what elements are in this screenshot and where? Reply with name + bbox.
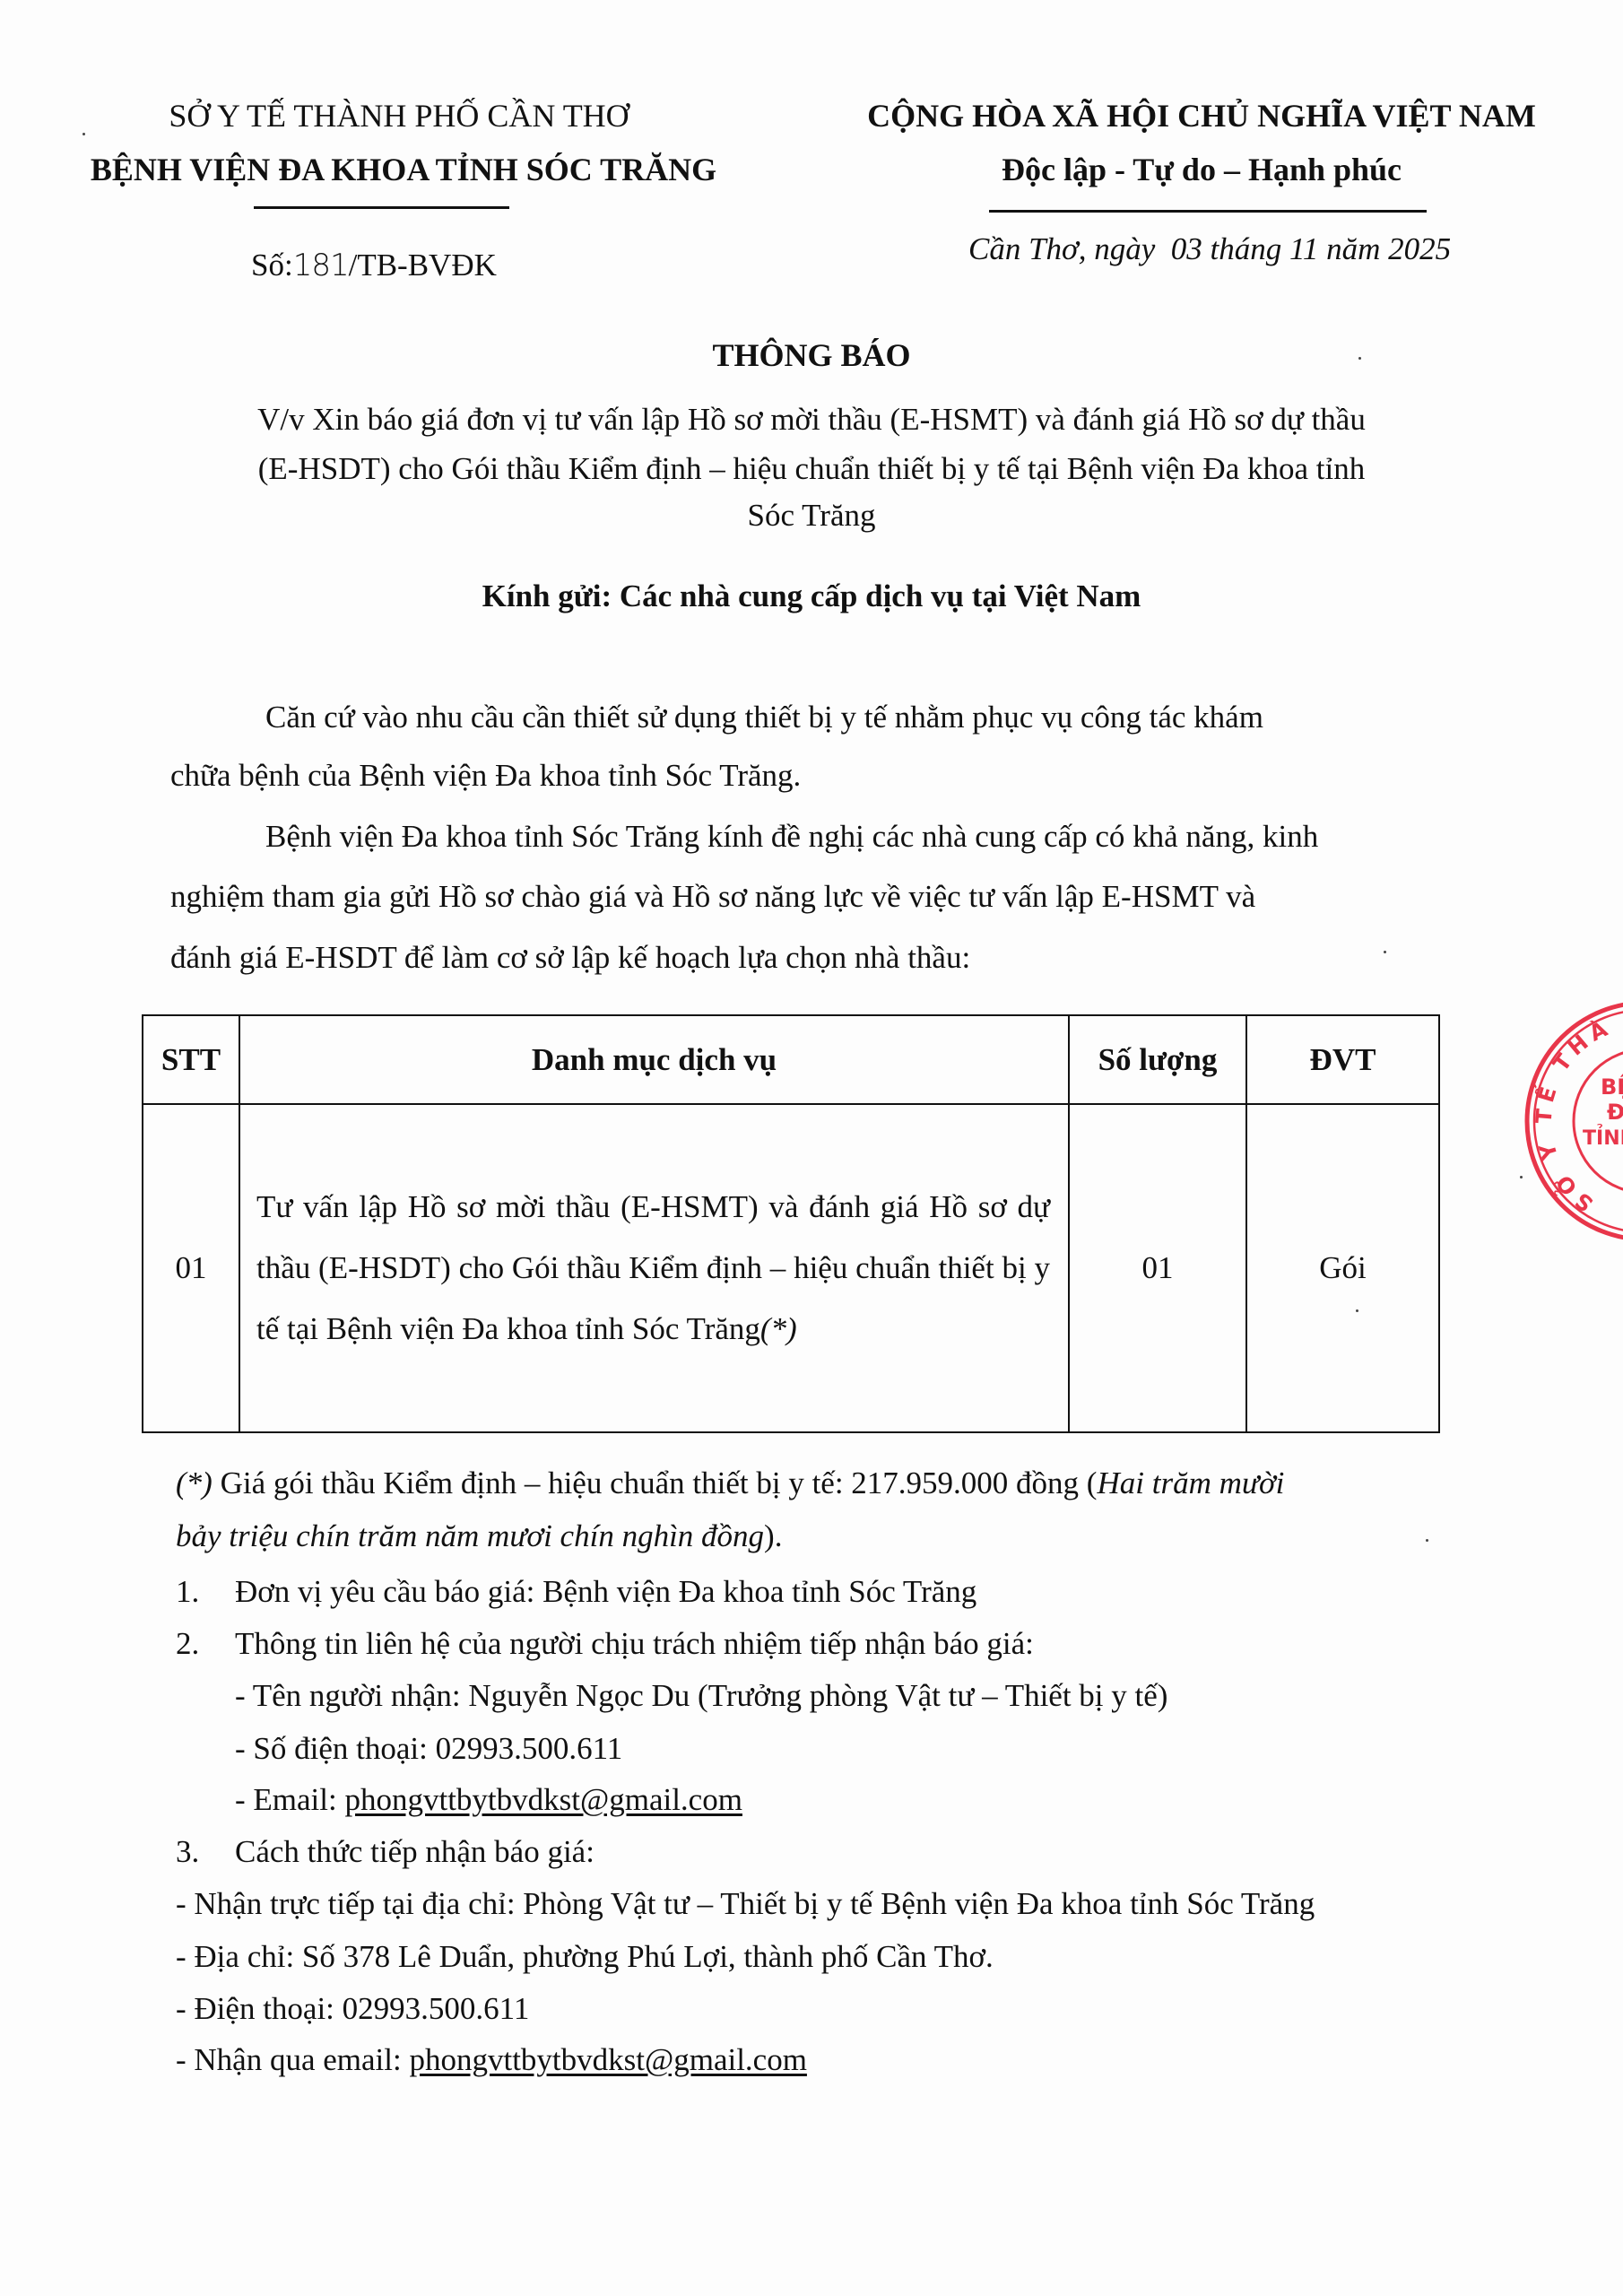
receipt-direct: - Nhận trực tiếp tại địa chỉ: Phòng Vật …	[176, 1886, 1315, 1922]
department-name: SỞ Y TẾ THÀNH PHỐ CẦN THƠ	[139, 97, 659, 135]
recipient-line: Kính gửi: Các nhà cung cấp dịch vụ tại V…	[0, 578, 1623, 614]
document-number: Số:181/TB-BVĐK	[251, 248, 497, 283]
contact-name: - Tên người nhận: Nguyễn Ngọc Du (Trưởng…	[235, 1678, 1167, 1714]
stamp-seal-icon: SỞ Y TẾ THÀ BỆ ĐA TỈNH S	[1506, 987, 1623, 1256]
email-label: - Email:	[235, 1782, 344, 1817]
subject-line: (E-HSDT) cho Gói thầu Kiểm định – hiệu c…	[152, 451, 1471, 487]
list-item: 3.Cách thức tiếp nhận báo giá:	[176, 1834, 595, 1870]
amount-words: Hai trăm mười	[1097, 1465, 1284, 1500]
cell-service: Tư vấn lập Hồ sơ mời thầu (E-HSMT) và đá…	[239, 1104, 1069, 1432]
paragraph-line: nghiệm tham gia gửi Hồ sơ chào giá và Hồ…	[170, 879, 1255, 915]
note-text: Giá gói thầu Kiểm định – hiệu chuẩn thiế…	[213, 1465, 1098, 1500]
list-item: 1.Đơn vị yêu cầu báo giá: Bệnh viện Đa k…	[176, 1574, 976, 1610]
svg-text:TỈNH S: TỈNH S	[1583, 1125, 1623, 1150]
document-title: THÔNG BÁO	[0, 336, 1623, 374]
scan-speck	[1426, 1539, 1428, 1542]
note-close: ).	[764, 1518, 782, 1553]
scan-speck	[1384, 951, 1386, 953]
paragraph-line: Căn cứ vào nhu cầu cần thiết sử dụng thi…	[265, 700, 1263, 735]
price-note: (*) Giá gói thầu Kiểm định – hiệu chuẩn …	[176, 1465, 1284, 1501]
table-row: 01 Tư vấn lập Hồ sơ mời thầu (E-HSMT) và…	[143, 1104, 1439, 1432]
email-label: - Nhận qua email:	[176, 2042, 409, 2077]
motto-underline	[989, 210, 1427, 213]
subject-line: V/v Xin báo giá đơn vị tư vấn lập Hồ sơ …	[152, 402, 1471, 438]
paragraph-line: Bệnh viện Đa khoa tỉnh Sóc Trăng kính đề…	[265, 819, 1318, 855]
national-motto: Độc lập - Tự do – Hạnh phúc	[811, 151, 1592, 188]
date-line: Cần Thơ, ngày 03 tháng 11 năm 2025	[968, 231, 1451, 267]
list-text: Đơn vị yêu cầu báo giá: Bệnh viện Đa kho…	[235, 1574, 976, 1609]
receipt-address: - Địa chỉ: Số 378 Lê Duẩn, phường Phú Lợ…	[176, 1939, 994, 1975]
col-header-unit: ĐVT	[1246, 1015, 1439, 1104]
contact-phone: - Số điện thoại: 02993.500.611	[235, 1731, 622, 1767]
table-header-row: STT Danh mục dịch vụ Số lượng ĐVT	[143, 1015, 1439, 1104]
list-text: Thông tin liên hệ của người chịu trách n…	[235, 1626, 1034, 1661]
scan-speck	[82, 133, 85, 135]
scan-speck	[1356, 1309, 1358, 1312]
official-stamp: SỞ Y TẾ THÀ BỆ ĐA TỈNH S	[1506, 987, 1623, 1256]
list-number: 3.	[176, 1834, 235, 1870]
amount-words: bảy triệu chín trăm năm mươi chín nghìn …	[176, 1518, 764, 1553]
service-table: STT Danh mục dịch vụ Số lượng ĐVT 01 Tư …	[142, 1014, 1440, 1433]
organization-name: BỆNH VIỆN ĐA KHOA TỈNH SÓC TRĂNG	[49, 151, 758, 188]
list-number: 2.	[176, 1626, 235, 1662]
scan-speck	[1358, 357, 1361, 360]
nation-name: CỘNG HÒA XÃ HỘI CHỦ NGHĨA VIỆT NAM	[811, 97, 1592, 135]
list-text: Cách thức tiếp nhận báo giá:	[235, 1834, 595, 1869]
receipt-phone: - Điện thoại: 02993.500.611	[176, 1991, 529, 2027]
cell-stt: 01	[143, 1104, 239, 1432]
svg-text:BỆ: BỆ	[1601, 1073, 1623, 1100]
contact-email-link[interactable]: phongvttbytbvdkst@gmail.com	[344, 1782, 742, 1817]
contact-email: - Email: phongvttbytbvdkst@gmail.com	[235, 1782, 742, 1818]
scan-speck	[1520, 1176, 1523, 1178]
col-header-service: Danh mục dịch vụ	[239, 1015, 1069, 1104]
list-item: 2.Thông tin liên hệ của người chịu trách…	[176, 1626, 1034, 1662]
doc-number-handwritten: 181	[293, 248, 349, 283]
svg-text:ĐA: ĐA	[1607, 1100, 1623, 1125]
subject-line: Sóc Trăng	[0, 498, 1623, 534]
paragraph-line: đánh giá E-HSDT để làm cơ sở lập kế hoạc…	[170, 940, 970, 976]
service-note-mark: (*)	[760, 1311, 797, 1346]
service-text: Tư vấn lập Hồ sơ mời thầu (E-HSMT) và đá…	[256, 1189, 1050, 1346]
org-underline	[254, 206, 509, 209]
cell-quantity: 01	[1069, 1104, 1246, 1432]
paragraph-line: chữa bệnh của Bệnh viện Đa khoa tỉnh Sóc…	[170, 758, 801, 794]
col-header-quantity: Số lượng	[1069, 1015, 1246, 1104]
note-mark: (*)	[176, 1465, 213, 1500]
cell-unit: Gói	[1246, 1104, 1439, 1432]
col-header-stt: STT	[143, 1015, 239, 1104]
doc-number-prefix: Số:	[251, 248, 293, 283]
list-number: 1.	[176, 1574, 235, 1610]
doc-number-suffix: /TB-BVĐK	[349, 248, 497, 283]
price-note-cont: bảy triệu chín trăm năm mươi chín nghìn …	[176, 1518, 782, 1554]
receipt-email-link[interactable]: phongvttbytbvdkst@gmail.com	[409, 2042, 806, 2077]
receipt-email: - Nhận qua email: phongvttbytbvdkst@gmai…	[176, 2042, 807, 2078]
